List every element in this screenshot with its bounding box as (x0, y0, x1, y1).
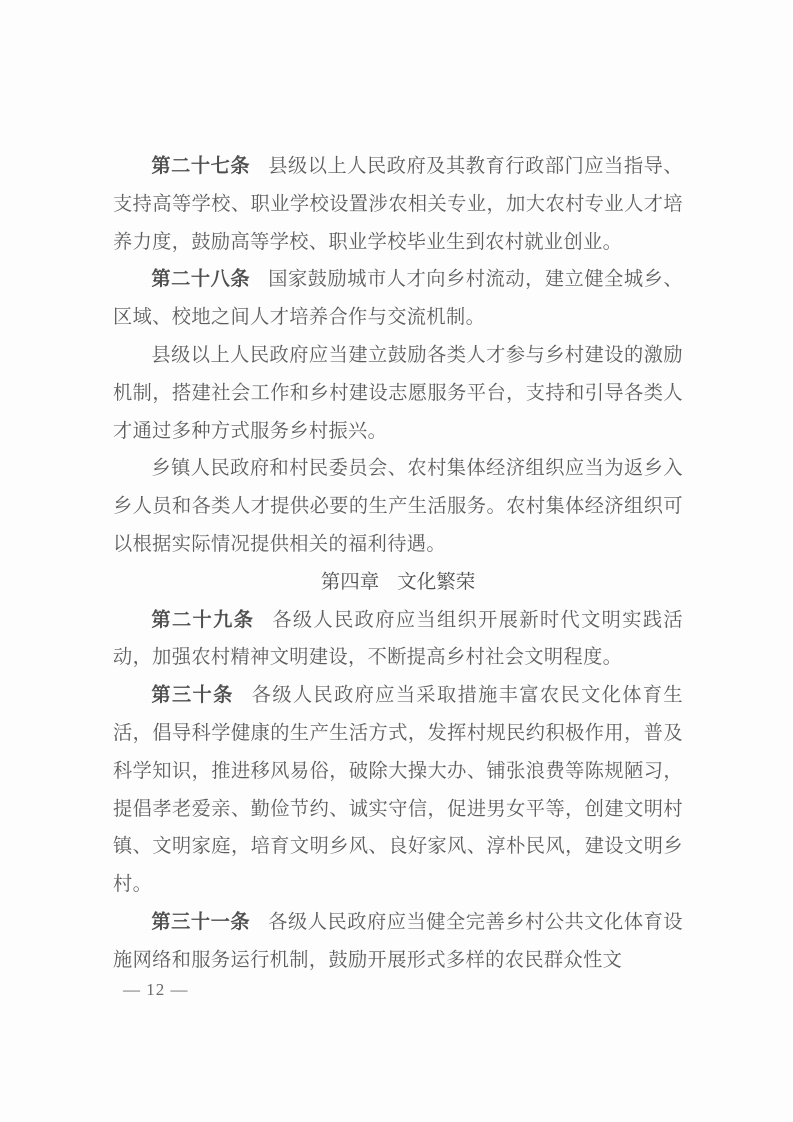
page-number: — 12 — (123, 980, 189, 1000)
article-28-paragraph-2: 县级以上人民政府应当建立鼓励各类人才参与乡村建设的激励机制，搭建社会工作和乡村建… (113, 336, 683, 449)
chapter-heading: 第四章文化繁荣 (113, 563, 683, 601)
article-text: 各级人民政府应当采取措施丰富农民文化体育生活，倡导科学健康的生产生活方式，发挥村… (113, 683, 683, 895)
document-page: 第二十七条县级以上人民政府及其教育行政部门应当指导、支持高等学校、职业学校设置涉… (0, 0, 793, 1122)
article-number: 第二十九条 (151, 608, 254, 631)
paragraph-text: 县级以上人民政府应当建立鼓励各类人才参与乡村建设的激励机制，搭建社会工作和乡村建… (113, 343, 683, 442)
article-28: 第二十八条国家鼓励城市人才向乡村流动，建立健全城乡、区域、校地之间人才培养合作与… (113, 260, 683, 336)
chapter-title: 文化繁荣 (397, 570, 475, 593)
article-31: 第三十一条各级人民政府应当健全完善乡村公共文化体育设施网络和服务运行机制，鼓励开… (113, 903, 683, 979)
article-27: 第二十七条县级以上人民政府及其教育行政部门应当指导、支持高等学校、职业学校设置涉… (113, 147, 683, 260)
article-28-paragraph-3: 乡镇人民政府和村民委员会、农村集体经济组织应当为返乡入乡人员和各类人才提供必要的… (113, 449, 683, 562)
article-number: 第三十一条 (151, 910, 250, 933)
article-29: 第二十九条各级人民政府应当组织开展新时代文明实践活动，加强农村精神文明建设，不断… (113, 601, 683, 677)
article-number: 第三十条 (151, 683, 233, 706)
article-number: 第二十七条 (151, 154, 250, 177)
paragraph-text: 乡镇人民政府和村民委员会、农村集体经济组织应当为返乡入乡人员和各类人才提供必要的… (113, 456, 683, 555)
document-body: 第二十七条县级以上人民政府及其教育行政部门应当指导、支持高等学校、职业学校设置涉… (113, 147, 683, 979)
chapter-number: 第四章 (321, 570, 380, 593)
article-number: 第二十八条 (151, 267, 250, 290)
article-30: 第三十条各级人民政府应当采取措施丰富农民文化体育生活，倡导科学健康的生产生活方式… (113, 676, 683, 903)
